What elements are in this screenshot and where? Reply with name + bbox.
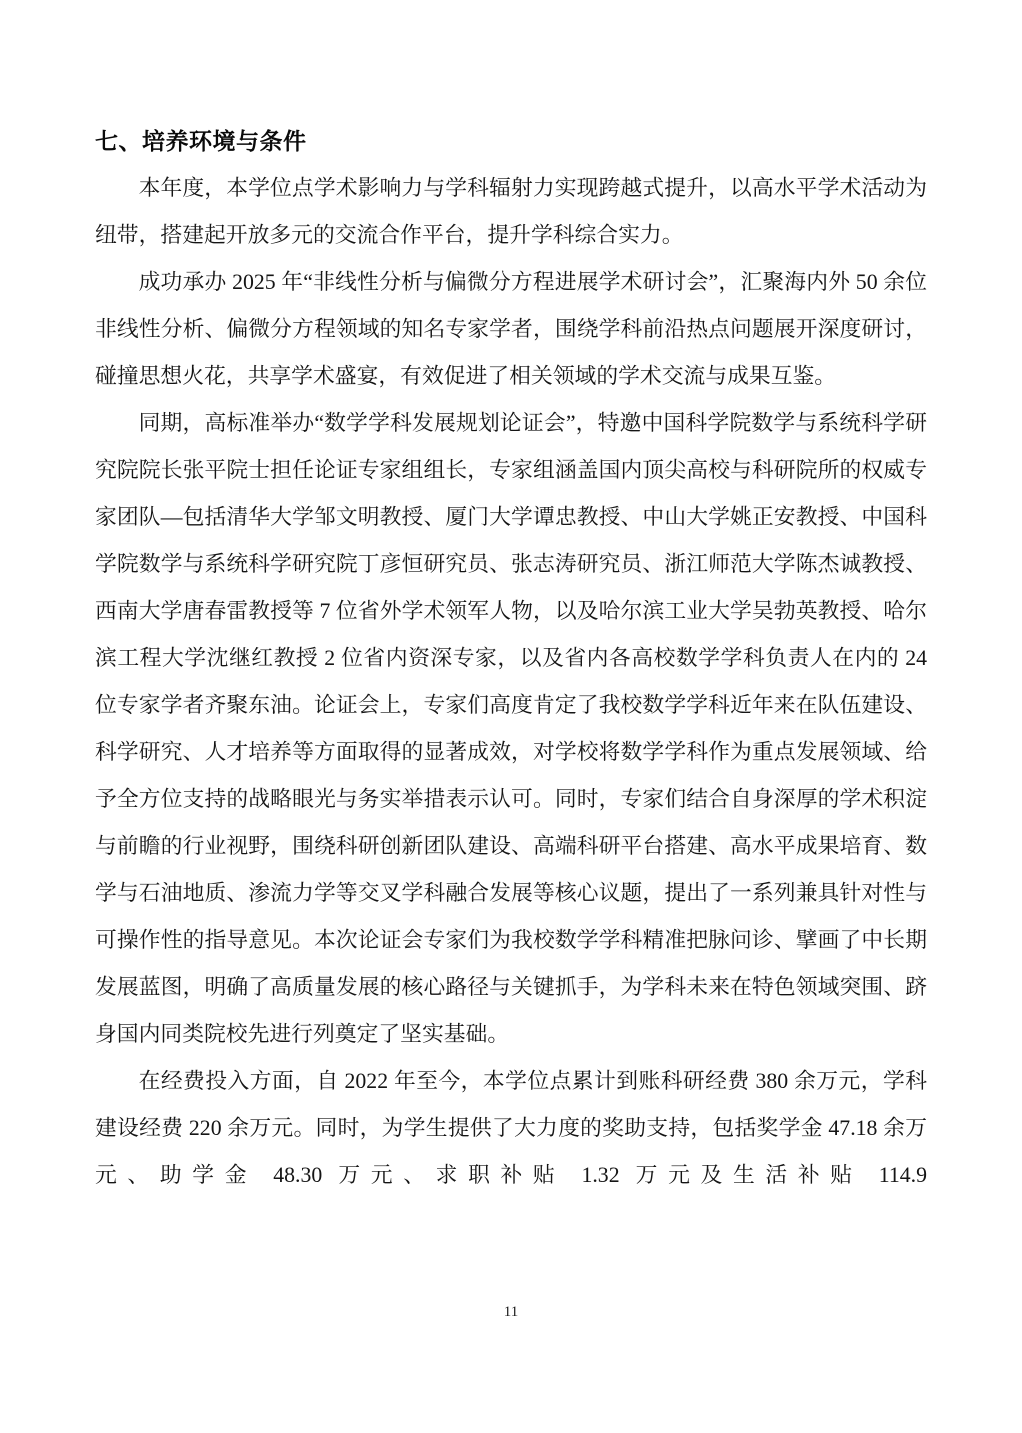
paragraph-overview: 本年度，本学位点学术影响力与学科辐射力实现跨越式提升，以高水平学术活动为纽带，搭… <box>95 165 927 259</box>
paragraph-funding: 在经费投入方面，自 2022 年至今，本学位点累计到账科研经费 380 余万元，… <box>95 1058 927 1199</box>
paragraph-review-meeting: 同期，高标准举办“数学学科发展规划论证会”，特邀中国科学院数学与系统科学研究院院… <box>95 400 927 1058</box>
page-footer: 11 <box>0 1303 1022 1321</box>
document-page: 七、培养环境与条件 本年度，本学位点学术影响力与学科辐射力实现跨越式提升，以高水… <box>0 0 1022 1433</box>
section-heading: 七、培养环境与条件 <box>95 118 927 165</box>
page-number: 11 <box>504 1304 518 1320</box>
document-content: 七、培养环境与条件 本年度，本学位点学术影响力与学科辐射力实现跨越式提升，以高水… <box>95 118 927 1199</box>
paragraph-symposium: 成功承办 2025 年“非线性分析与偏微分方程进展学术研讨会”，汇聚海内外 50… <box>95 259 927 400</box>
